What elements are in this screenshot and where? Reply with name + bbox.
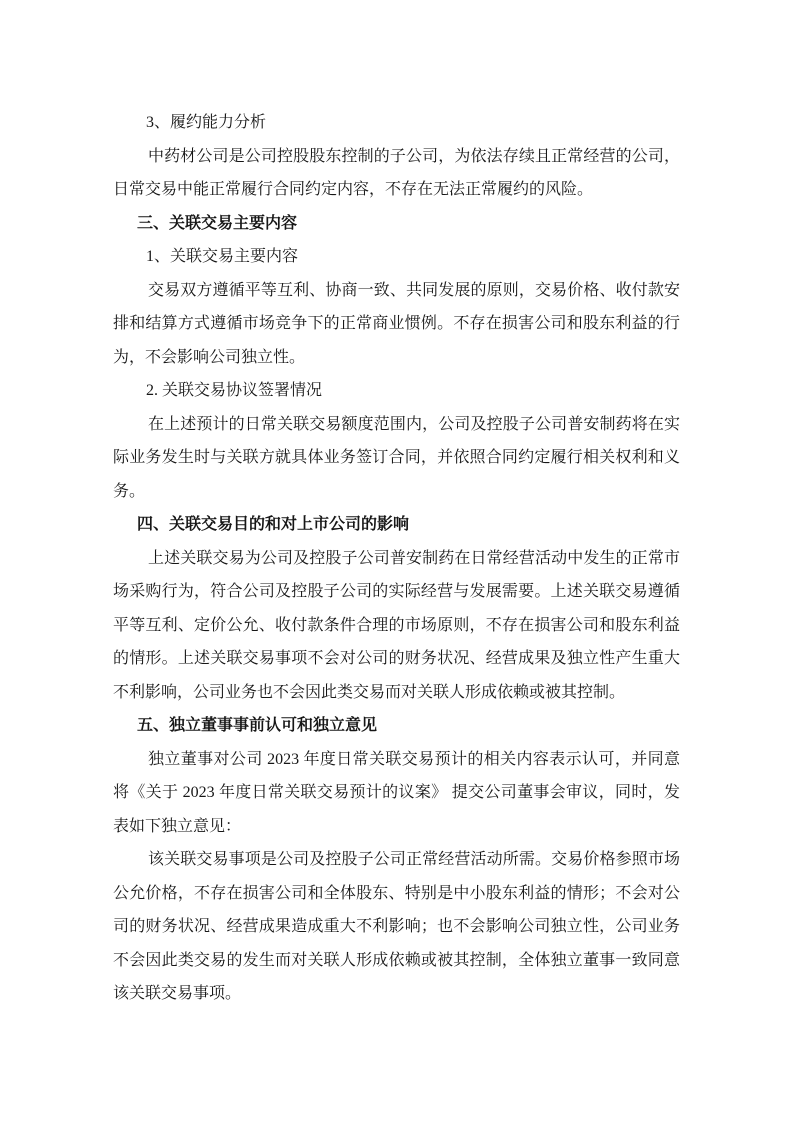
document-content: 3、履约能力分析 中药材公司是公司控股股东控制的子公司，为依法存续且正常经营的公… bbox=[113, 106, 680, 1011]
heading-section-4-purpose-and-impact: 四、关联交易目的和对上市公司的影响 bbox=[113, 508, 680, 542]
paragraph-independent-opinion: 该关联交易事项是公司及控股子公司正常经营活动所需。交易价格参照市场公允价格，不存… bbox=[113, 843, 680, 1011]
heading-section-5-independent-directors: 五、独立董事事前认可和独立意见 bbox=[113, 709, 680, 743]
paragraph-purpose-and-impact: 上述关联交易为公司及控股子公司普安制药在日常经营活动中发生的正常市场采购行为，符… bbox=[113, 542, 680, 710]
heading-section-3-main-content: 三、关联交易主要内容 bbox=[113, 207, 680, 241]
sub-item-3-performance-capability: 3、履约能力分析 bbox=[113, 106, 680, 140]
paragraph-independent-directors-approval: 独立董事对公司 2023 年度日常关联交易预计的相关内容表示认可，并同意将《关于… bbox=[113, 743, 680, 844]
sub-item-2-agreement-signing: 2. 关联交易协议签署情况 bbox=[113, 374, 680, 408]
paragraph-transaction-principles: 交易双方遵循平等互利、协商一致、共同发展的原则，交易价格、收付款安排和结算方式遵… bbox=[113, 274, 680, 375]
paragraph-agreement-signing: 在上述预计的日常关联交易额度范围内，公司及控股子公司普安制药将在实际业务发生时与… bbox=[113, 408, 680, 509]
sub-item-1-main-content: 1、关联交易主要内容 bbox=[113, 240, 680, 274]
document-page: 3、履约能力分析 中药材公司是公司控股股东控制的子公司，为依法存续且正常经营的公… bbox=[0, 0, 793, 1122]
paragraph-performance-capability: 中药材公司是公司控股股东控制的子公司，为依法存续且正常经营的公司，日常交易中能正… bbox=[113, 140, 680, 207]
